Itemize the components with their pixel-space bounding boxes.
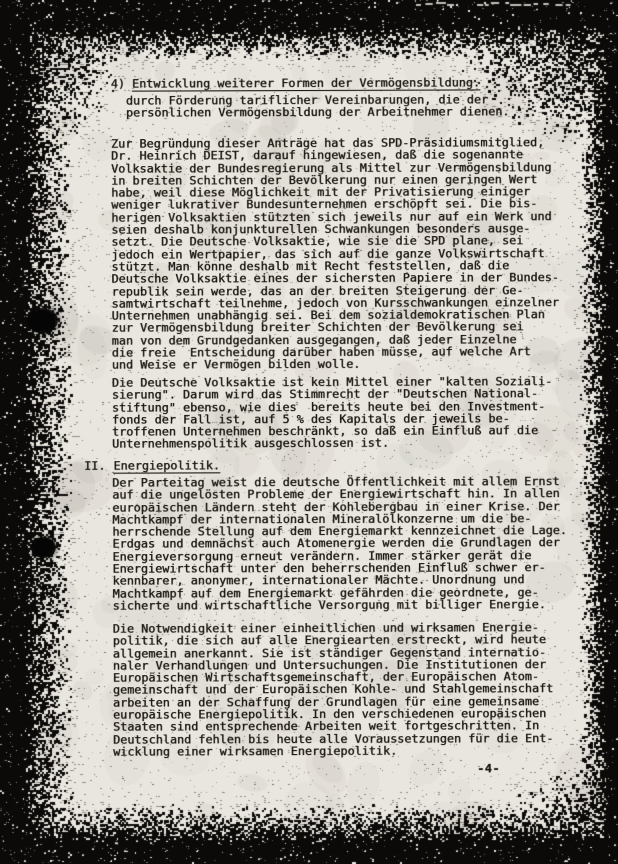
paragraph-energiepolitik-2: Die Notwendigkeit einer einheitlichen un…	[113, 621, 554, 758]
section-4-title: Entwicklung weiterer Formen der Vermögen…	[132, 75, 480, 90]
section-energiepolitik-number: II.	[84, 459, 105, 473]
document-text: 4)Entwicklung weiterer Formen der Vermög…	[0, 0, 618, 864]
paragraph-energiepolitik-1: Der Parteitag weist die deutsche Öffentl…	[112, 475, 567, 612]
section-energiepolitik-title: Energiepolitik.	[113, 458, 220, 472]
section-4-number: 4)	[111, 77, 125, 91]
scanned-document-page: 4)Entwicklung weiterer Formen der Vermög…	[0, 0, 618, 864]
section-4-heading: 4)Entwicklung weiterer Formen der Vermög…	[111, 76, 480, 90]
paragraph-volksaktie-1: Zur Begründung dieser Anträge hat das SP…	[111, 136, 559, 371]
page-number: -4-	[477, 762, 500, 774]
section-energiepolitik-heading: II.Energiepolitik.	[84, 459, 220, 472]
section-4-subtitle: durch Förderung tariflicher Vereinbarung…	[126, 93, 510, 119]
paragraph-volksaktie-2: Die Deutsche Volksaktie ist kein Mittel …	[112, 375, 553, 450]
